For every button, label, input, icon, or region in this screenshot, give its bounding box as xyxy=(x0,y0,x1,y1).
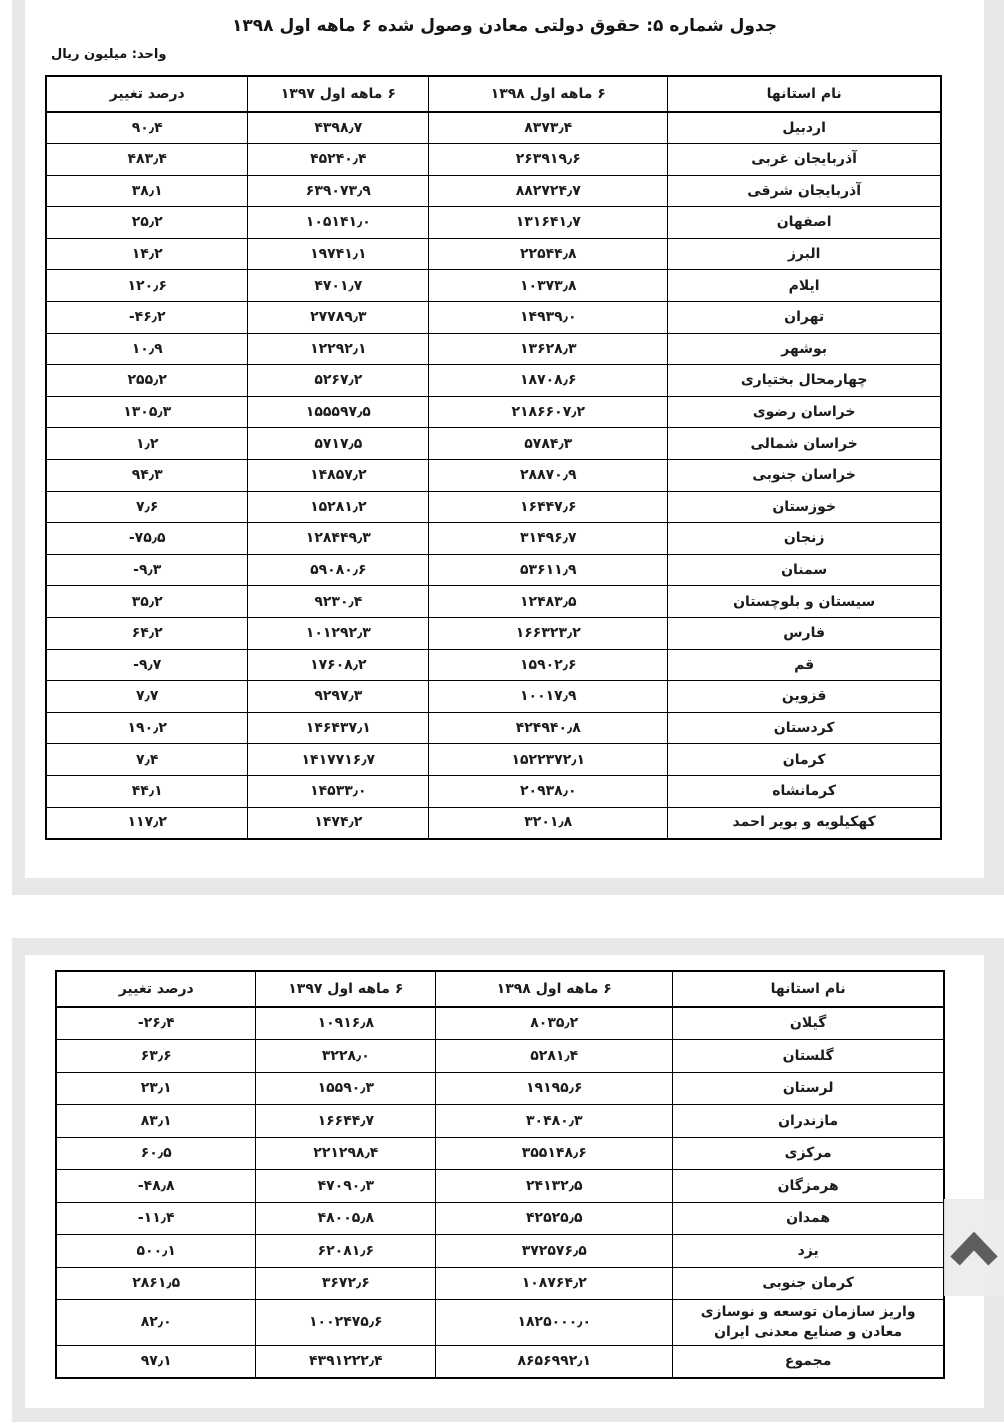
province-name-cell: کرمان جنوبی xyxy=(673,1267,944,1300)
royalties-table-1: نام استانها ۶ ماهه اول ۱۳۹۸ ۶ ماهه اول ۱… xyxy=(45,75,942,840)
value-1397-cell: ۱۰۰۲۴۷۵٫۶ xyxy=(256,1300,436,1346)
table-row: سمنان ۵۳۶۱۱٫۹ ۵۹۰۸۰٫۶ -۹٫۳ xyxy=(46,554,941,586)
scan-page-2: نام استانها ۶ ماهه اول ۱۳۹۸ ۶ ماهه اول ۱… xyxy=(12,938,1004,1422)
province-name-cell: البرز xyxy=(668,238,941,270)
change-pct-cell: ۲۵٫۲ xyxy=(46,207,248,239)
royalties-table-2: نام استانها ۶ ماهه اول ۱۳۹۸ ۶ ماهه اول ۱… xyxy=(55,970,945,1379)
col-header-change-pct: درصد تغییر xyxy=(56,971,256,1007)
value-1398-cell: ۲۸۸۷۰٫۹ xyxy=(429,460,668,492)
change-pct-cell: -۹٫۳ xyxy=(46,554,248,586)
change-pct-cell: ۳۸٫۱ xyxy=(46,175,248,207)
col-header-change-pct: درصد تغییر xyxy=(46,76,248,112)
value-1397-cell: ۱۴۸۵۷٫۲ xyxy=(248,460,429,492)
province-name-cell: هرمزگان xyxy=(673,1170,944,1203)
change-pct-cell: -۴۸٫۸ xyxy=(56,1170,256,1203)
change-pct-cell: ۶۳٫۶ xyxy=(56,1040,256,1073)
chevron-up-icon xyxy=(949,1227,999,1269)
value-1397-cell: ۳۶۷۲٫۶ xyxy=(256,1267,436,1300)
paper-sheet-2: نام استانها ۶ ماهه اول ۱۳۹۸ ۶ ماهه اول ۱… xyxy=(25,955,984,1408)
col-header-province: نام استانها xyxy=(668,76,941,112)
change-pct-cell: ۸۳٫۱ xyxy=(56,1105,256,1138)
table-row: گلستان ۵۲۸۱٫۴ ۳۲۲۸٫۰ ۶۳٫۶ xyxy=(56,1040,944,1073)
table-row: یزد ۳۷۲۵۷۶٫۵ ۶۲۰۸۱٫۶ ۵۰۰٫۱ xyxy=(56,1235,944,1268)
value-1398-cell: ۲۲۵۴۴٫۸ xyxy=(429,238,668,270)
province-name-cell: کرمان xyxy=(668,744,941,776)
value-1397-cell: ۱۴۶۴۳۷٫۱ xyxy=(248,712,429,744)
value-1397-cell: ۴۳۹۱۲۲۲٫۴ xyxy=(256,1345,436,1378)
scan-page-1: جدول شماره ۵: حقوق دولتی معادن وصول شده … xyxy=(12,0,1004,895)
province-name-cell: همدان xyxy=(673,1202,944,1235)
change-pct-cell: ۲۸۶۱٫۵ xyxy=(56,1267,256,1300)
change-pct-cell: ۷٫۶ xyxy=(46,491,248,523)
province-name-cell: قزوین xyxy=(668,681,941,713)
province-name-cell: گیلان xyxy=(673,1007,944,1040)
province-name-cell: خراسان شمالی xyxy=(668,428,941,460)
value-1397-cell: ۱۹۷۴۱٫۱ xyxy=(248,238,429,270)
value-1398-cell: ۲۴۱۳۲٫۵ xyxy=(436,1170,673,1203)
value-1397-cell: ۱۶۶۴۴٫۷ xyxy=(256,1105,436,1138)
value-1398-cell: ۱۰۸۷۶۴٫۲ xyxy=(436,1267,673,1300)
value-1398-cell: ۸۰۳۵٫۲ xyxy=(436,1007,673,1040)
value-1398-cell: ۱۰۰۱۷٫۹ xyxy=(429,681,668,713)
value-1398-cell: ۱۴۹۳۹٫۰ xyxy=(429,302,668,334)
table-row: اصفهان ۱۳۱۶۴۱٫۷ ۱۰۵۱۴۱٫۰ ۲۵٫۲ xyxy=(46,207,941,239)
value-1397-cell: ۱۷۶۰۸٫۲ xyxy=(248,649,429,681)
table-row: کرمان جنوبی ۱۰۸۷۶۴٫۲ ۳۶۷۲٫۶ ۲۸۶۱٫۵ xyxy=(56,1267,944,1300)
value-1398-cell: ۱۳۱۶۴۱٫۷ xyxy=(429,207,668,239)
table-row: مرکزی ۳۵۵۱۴۸٫۶ ۲۲۱۲۹۸٫۴ ۶۰٫۵ xyxy=(56,1137,944,1170)
change-pct-cell: -۷۵٫۵ xyxy=(46,523,248,555)
value-1398-cell: ۱۳۶۲۸٫۳ xyxy=(429,333,668,365)
change-pct-cell: -۲۶٫۴ xyxy=(56,1007,256,1040)
value-1397-cell: ۵۹۰۸۰٫۶ xyxy=(248,554,429,586)
province-name-cell: بوشهر xyxy=(668,333,941,365)
table-row: اردبیل ۸۳۷۳٫۴ ۴۳۹۸٫۷ ۹۰٫۴ xyxy=(46,112,941,144)
value-1398-cell: ۲۶۳۹۱۹٫۶ xyxy=(429,144,668,176)
change-pct-cell: ۶۰٫۵ xyxy=(56,1137,256,1170)
value-1398-cell: ۳۱۴۹۶٫۷ xyxy=(429,523,668,555)
value-1397-cell: ۴۷۰۹۰٫۳ xyxy=(256,1170,436,1203)
province-name-cell: آذربایجان غربی xyxy=(668,144,941,176)
province-name-cell: زنجان xyxy=(668,523,941,555)
province-name-cell: اردبیل xyxy=(668,112,941,144)
value-1397-cell: ۴۸۰۰۵٫۸ xyxy=(256,1202,436,1235)
change-pct-cell: ۳۵٫۲ xyxy=(46,586,248,618)
province-name-cell: اصفهان xyxy=(668,207,941,239)
province-name-cell: مجموع xyxy=(673,1345,944,1378)
table-row: خراسان جنوبی ۲۸۸۷۰٫۹ ۱۴۸۵۷٫۲ ۹۴٫۳ xyxy=(46,460,941,492)
table-row: مازندران ۳۰۴۸۰٫۳ ۱۶۶۴۴٫۷ ۸۳٫۱ xyxy=(56,1105,944,1138)
value-1397-cell: ۱۵۵۹۰٫۳ xyxy=(256,1072,436,1105)
value-1398-cell: ۵۷۸۴٫۳ xyxy=(429,428,668,460)
table-row: آذربایجان شرقی ۸۸۲۷۲۴٫۷ ۶۳۹۰۷۳٫۹ ۳۸٫۱ xyxy=(46,175,941,207)
value-1398-cell: ۱۶۴۴۷٫۶ xyxy=(429,491,668,523)
table-row: قم ۱۵۹۰۲٫۶ ۱۷۶۰۸٫۲ -۹٫۷ xyxy=(46,649,941,681)
table-row: چهارمحال بختیاری ۱۸۷۰۸٫۶ ۵۲۶۷٫۲ ۲۵۵٫۲ xyxy=(46,365,941,397)
value-1397-cell: ۱۰۵۱۴۱٫۰ xyxy=(248,207,429,239)
value-1398-cell: ۱۸۷۰۸٫۶ xyxy=(429,365,668,397)
value-1397-cell: ۱۵۲۸۱٫۲ xyxy=(248,491,429,523)
header-row: نام استانها ۶ ماهه اول ۱۳۹۸ ۶ ماهه اول ۱… xyxy=(56,971,944,1007)
value-1398-cell: ۸۳۷۳٫۴ xyxy=(429,112,668,144)
value-1398-cell: ۱۰۳۷۳٫۸ xyxy=(429,270,668,302)
value-1397-cell: ۹۲۳۰٫۴ xyxy=(248,586,429,618)
change-pct-cell: ۱۴٫۲ xyxy=(46,238,248,270)
value-1397-cell: ۴۳۹۸٫۷ xyxy=(248,112,429,144)
province-name-cell: واریز سازمان توسعه و نوسازی معادن و صنای… xyxy=(673,1300,944,1346)
table-row: سیستان و بلوچستان ۱۲۴۸۳٫۵ ۹۲۳۰٫۴ ۳۵٫۲ xyxy=(46,586,941,618)
table-row: کرمانشاه ۲۰۹۳۸٫۰ ۱۴۵۳۳٫۰ ۴۴٫۱ xyxy=(46,775,941,807)
change-pct-cell: ۷٫۴ xyxy=(46,744,248,776)
table-row: واریز سازمان توسعه و نوسازی معادن و صنای… xyxy=(56,1300,944,1346)
table-row: قزوین ۱۰۰۱۷٫۹ ۹۲۹۷٫۳ ۷٫۷ xyxy=(46,681,941,713)
value-1397-cell: ۹۲۹۷٫۳ xyxy=(248,681,429,713)
value-1397-cell: ۶۲۰۸۱٫۶ xyxy=(256,1235,436,1268)
value-1398-cell: ۱۸۲۵۰۰۰٫۰ xyxy=(436,1300,673,1346)
province-name-cell: خراسان جنوبی xyxy=(668,460,941,492)
value-1397-cell: ۵۷۱۷٫۵ xyxy=(248,428,429,460)
col-header-first6-1397: ۶ ماهه اول ۱۳۹۷ xyxy=(256,971,436,1007)
document-viewer-page: { "page": { "title": "جدول شماره ۵: حقوق… xyxy=(0,0,1004,1428)
page-title: جدول شماره ۵: حقوق دولتی معادن وصول شده … xyxy=(25,16,984,36)
value-1398-cell: ۸۶۵۶۹۹۲٫۱ xyxy=(436,1345,673,1378)
table-row: هرمزگان ۲۴۱۳۲٫۵ ۴۷۰۹۰٫۳ -۴۸٫۸ xyxy=(56,1170,944,1203)
province-name-cell: چهارمحال بختیاری xyxy=(668,365,941,397)
table-row: تهران ۱۴۹۳۹٫۰ ۲۷۷۸۹٫۳ -۴۶٫۲ xyxy=(46,302,941,334)
province-name-cell: کردستان xyxy=(668,712,941,744)
value-1398-cell: ۳۷۲۵۷۶٫۵ xyxy=(436,1235,673,1268)
scroll-to-top-button[interactable] xyxy=(944,1199,1004,1296)
value-1398-cell: ۳۵۵۱۴۸٫۶ xyxy=(436,1137,673,1170)
value-1397-cell: ۴۷۰۱٫۷ xyxy=(248,270,429,302)
value-1397-cell: ۲۷۷۸۹٫۳ xyxy=(248,302,429,334)
table-row: فارس ۱۶۶۳۲۳٫۲ ۱۰۱۲۹۲٫۳ ۶۴٫۲ xyxy=(46,618,941,650)
table-row: آذربایجان غربی ۲۶۳۹۱۹٫۶ ۴۵۲۴۰٫۴ ۴۸۳٫۴ xyxy=(46,144,941,176)
change-pct-cell: ۴۴٫۱ xyxy=(46,775,248,807)
paper-sheet-1: جدول شماره ۵: حقوق دولتی معادن وصول شده … xyxy=(25,0,984,878)
table-row: خراسان رضوی ۲۱۸۶۶۰۷٫۲ ۱۵۵۵۹۷٫۵ ۱۳۰۵٫۳ xyxy=(46,396,941,428)
province-name-cell: کرمانشاه xyxy=(668,775,941,807)
change-pct-cell: ۹۴٫۳ xyxy=(46,460,248,492)
value-1397-cell: ۱۵۵۵۹۷٫۵ xyxy=(248,396,429,428)
unit-label: واحد: میلیون ریال xyxy=(51,47,166,62)
value-1398-cell: ۲۰۹۳۸٫۰ xyxy=(429,775,668,807)
value-1397-cell: ۵۲۶۷٫۲ xyxy=(248,365,429,397)
value-1398-cell: ۵۳۶۱۱٫۹ xyxy=(429,554,668,586)
table-row: لرستان ۱۹۱۹۵٫۶ ۱۵۵۹۰٫۳ ۲۳٫۱ xyxy=(56,1072,944,1105)
province-name-cell: مازندران xyxy=(673,1105,944,1138)
col-header-first6-1397: ۶ ماهه اول ۱۳۹۷ xyxy=(248,76,429,112)
province-name-cell: خوزستان xyxy=(668,491,941,523)
change-pct-cell: ۱۹۰٫۲ xyxy=(46,712,248,744)
value-1398-cell: ۸۸۲۷۲۴٫۷ xyxy=(429,175,668,207)
value-1398-cell: ۱۵۹۰۲٫۶ xyxy=(429,649,668,681)
change-pct-cell: ۵۰۰٫۱ xyxy=(56,1235,256,1268)
value-1397-cell: ۱۰۱۲۹۲٫۳ xyxy=(248,618,429,650)
change-pct-cell: ۱۱۷٫۲ xyxy=(46,807,248,839)
change-pct-cell: ۶۴٫۲ xyxy=(46,618,248,650)
change-pct-cell: ۲۳٫۱ xyxy=(56,1072,256,1105)
change-pct-cell: ۱۰٫۹ xyxy=(46,333,248,365)
value-1397-cell: ۱۲۸۴۴۹٫۳ xyxy=(248,523,429,555)
value-1397-cell: ۴۵۲۴۰٫۴ xyxy=(248,144,429,176)
table1-body: اردبیل ۸۳۷۳٫۴ ۴۳۹۸٫۷ ۹۰٫۴ آذربایجان غربی… xyxy=(46,112,941,839)
value-1398-cell: ۳۲۰۱٫۸ xyxy=(429,807,668,839)
col-header-first6-1398: ۶ ماهه اول ۱۳۹۸ xyxy=(436,971,673,1007)
province-name-cell: آذربایجان شرقی xyxy=(668,175,941,207)
province-name-cell: خراسان رضوی xyxy=(668,396,941,428)
change-pct-cell: ۱٫۲ xyxy=(46,428,248,460)
table-row: گیلان ۸۰۳۵٫۲ ۱۰۹۱۶٫۸ -۲۶٫۴ xyxy=(56,1007,944,1040)
value-1398-cell: ۳۰۴۸۰٫۳ xyxy=(436,1105,673,1138)
change-pct-cell: ۲۵۵٫۲ xyxy=(46,365,248,397)
table-row: ایلام ۱۰۳۷۳٫۸ ۴۷۰۱٫۷ ۱۲۰٫۶ xyxy=(46,270,941,302)
table-row: کردستان ۴۲۴۹۴۰٫۸ ۱۴۶۴۳۷٫۱ ۱۹۰٫۲ xyxy=(46,712,941,744)
table-row: البرز ۲۲۵۴۴٫۸ ۱۹۷۴۱٫۱ ۱۴٫۲ xyxy=(46,238,941,270)
change-pct-cell: -۱۱٫۴ xyxy=(56,1202,256,1235)
value-1397-cell: ۳۲۲۸٫۰ xyxy=(256,1040,436,1073)
value-1397-cell: ۱۰۹۱۶٫۸ xyxy=(256,1007,436,1040)
value-1397-cell: ۱۴۵۳۳٫۰ xyxy=(248,775,429,807)
value-1397-cell: ۱۴۱۷۷۱۶٫۷ xyxy=(248,744,429,776)
change-pct-cell: -۹٫۷ xyxy=(46,649,248,681)
change-pct-cell: ۱۳۰۵٫۳ xyxy=(46,396,248,428)
value-1398-cell: ۴۲۵۲۵٫۵ xyxy=(436,1202,673,1235)
province-name-cell: لرستان xyxy=(673,1072,944,1105)
value-1398-cell: ۲۱۸۶۶۰۷٫۲ xyxy=(429,396,668,428)
value-1398-cell: ۵۲۸۱٫۴ xyxy=(436,1040,673,1073)
province-name-cell: یزد xyxy=(673,1235,944,1268)
province-name-cell: سمنان xyxy=(668,554,941,586)
table-row: کرمان ۱۵۲۲۳۷۲٫۱ ۱۴۱۷۷۱۶٫۷ ۷٫۴ xyxy=(46,744,941,776)
table-row: کهکیلویه و بویر احمد ۳۲۰۱٫۸ ۱۴۷۴٫۲ ۱۱۷٫۲ xyxy=(46,807,941,839)
province-name-cell: کهکیلویه و بویر احمد xyxy=(668,807,941,839)
province-name-cell: سیستان و بلوچستان xyxy=(668,586,941,618)
value-1397-cell: ۱۲۲۹۲٫۱ xyxy=(248,333,429,365)
table-row: زنجان ۳۱۴۹۶٫۷ ۱۲۸۴۴۹٫۳ -۷۵٫۵ xyxy=(46,523,941,555)
table-row: خوزستان ۱۶۴۴۷٫۶ ۱۵۲۸۱٫۲ ۷٫۶ xyxy=(46,491,941,523)
province-name-cell: تهران xyxy=(668,302,941,334)
change-pct-cell: ۹۷٫۱ xyxy=(56,1345,256,1378)
table2-body: گیلان ۸۰۳۵٫۲ ۱۰۹۱۶٫۸ -۲۶٫۴ گلستان ۵۲۸۱٫۴… xyxy=(56,1007,944,1378)
header-row: نام استانها ۶ ماهه اول ۱۳۹۸ ۶ ماهه اول ۱… xyxy=(46,76,941,112)
table-row: همدان ۴۲۵۲۵٫۵ ۴۸۰۰۵٫۸ -۱۱٫۴ xyxy=(56,1202,944,1235)
table-row: بوشهر ۱۳۶۲۸٫۳ ۱۲۲۹۲٫۱ ۱۰٫۹ xyxy=(46,333,941,365)
value-1397-cell: ۱۴۷۴٫۲ xyxy=(248,807,429,839)
value-1398-cell: ۱۶۶۳۲۳٫۲ xyxy=(429,618,668,650)
value-1398-cell: ۱۹۱۹۵٫۶ xyxy=(436,1072,673,1105)
change-pct-cell: ۹۰٫۴ xyxy=(46,112,248,144)
province-name-cell: گلستان xyxy=(673,1040,944,1073)
change-pct-cell: ۱۲۰٫۶ xyxy=(46,270,248,302)
change-pct-cell: ۸۲٫۰ xyxy=(56,1300,256,1346)
value-1397-cell: ۶۳۹۰۷۳٫۹ xyxy=(248,175,429,207)
province-name-cell: فارس xyxy=(668,618,941,650)
value-1398-cell: ۴۲۴۹۴۰٫۸ xyxy=(429,712,668,744)
change-pct-cell: -۴۶٫۲ xyxy=(46,302,248,334)
change-pct-cell: ۷٫۷ xyxy=(46,681,248,713)
value-1397-cell: ۲۲۱۲۹۸٫۴ xyxy=(256,1137,436,1170)
province-name-cell: ایلام xyxy=(668,270,941,302)
col-header-province: نام استانها xyxy=(673,971,944,1007)
table-row: خراسان شمالی ۵۷۸۴٫۳ ۵۷۱۷٫۵ ۱٫۲ xyxy=(46,428,941,460)
change-pct-cell: ۴۸۳٫۴ xyxy=(46,144,248,176)
province-name-cell: قم xyxy=(668,649,941,681)
value-1398-cell: ۱۵۲۲۳۷۲٫۱ xyxy=(429,744,668,776)
table-row: مجموع ۸۶۵۶۹۹۲٫۱ ۴۳۹۱۲۲۲٫۴ ۹۷٫۱ xyxy=(56,1345,944,1378)
value-1398-cell: ۱۲۴۸۳٫۵ xyxy=(429,586,668,618)
province-name-cell: مرکزی xyxy=(673,1137,944,1170)
col-header-first6-1398: ۶ ماهه اول ۱۳۹۸ xyxy=(429,76,668,112)
